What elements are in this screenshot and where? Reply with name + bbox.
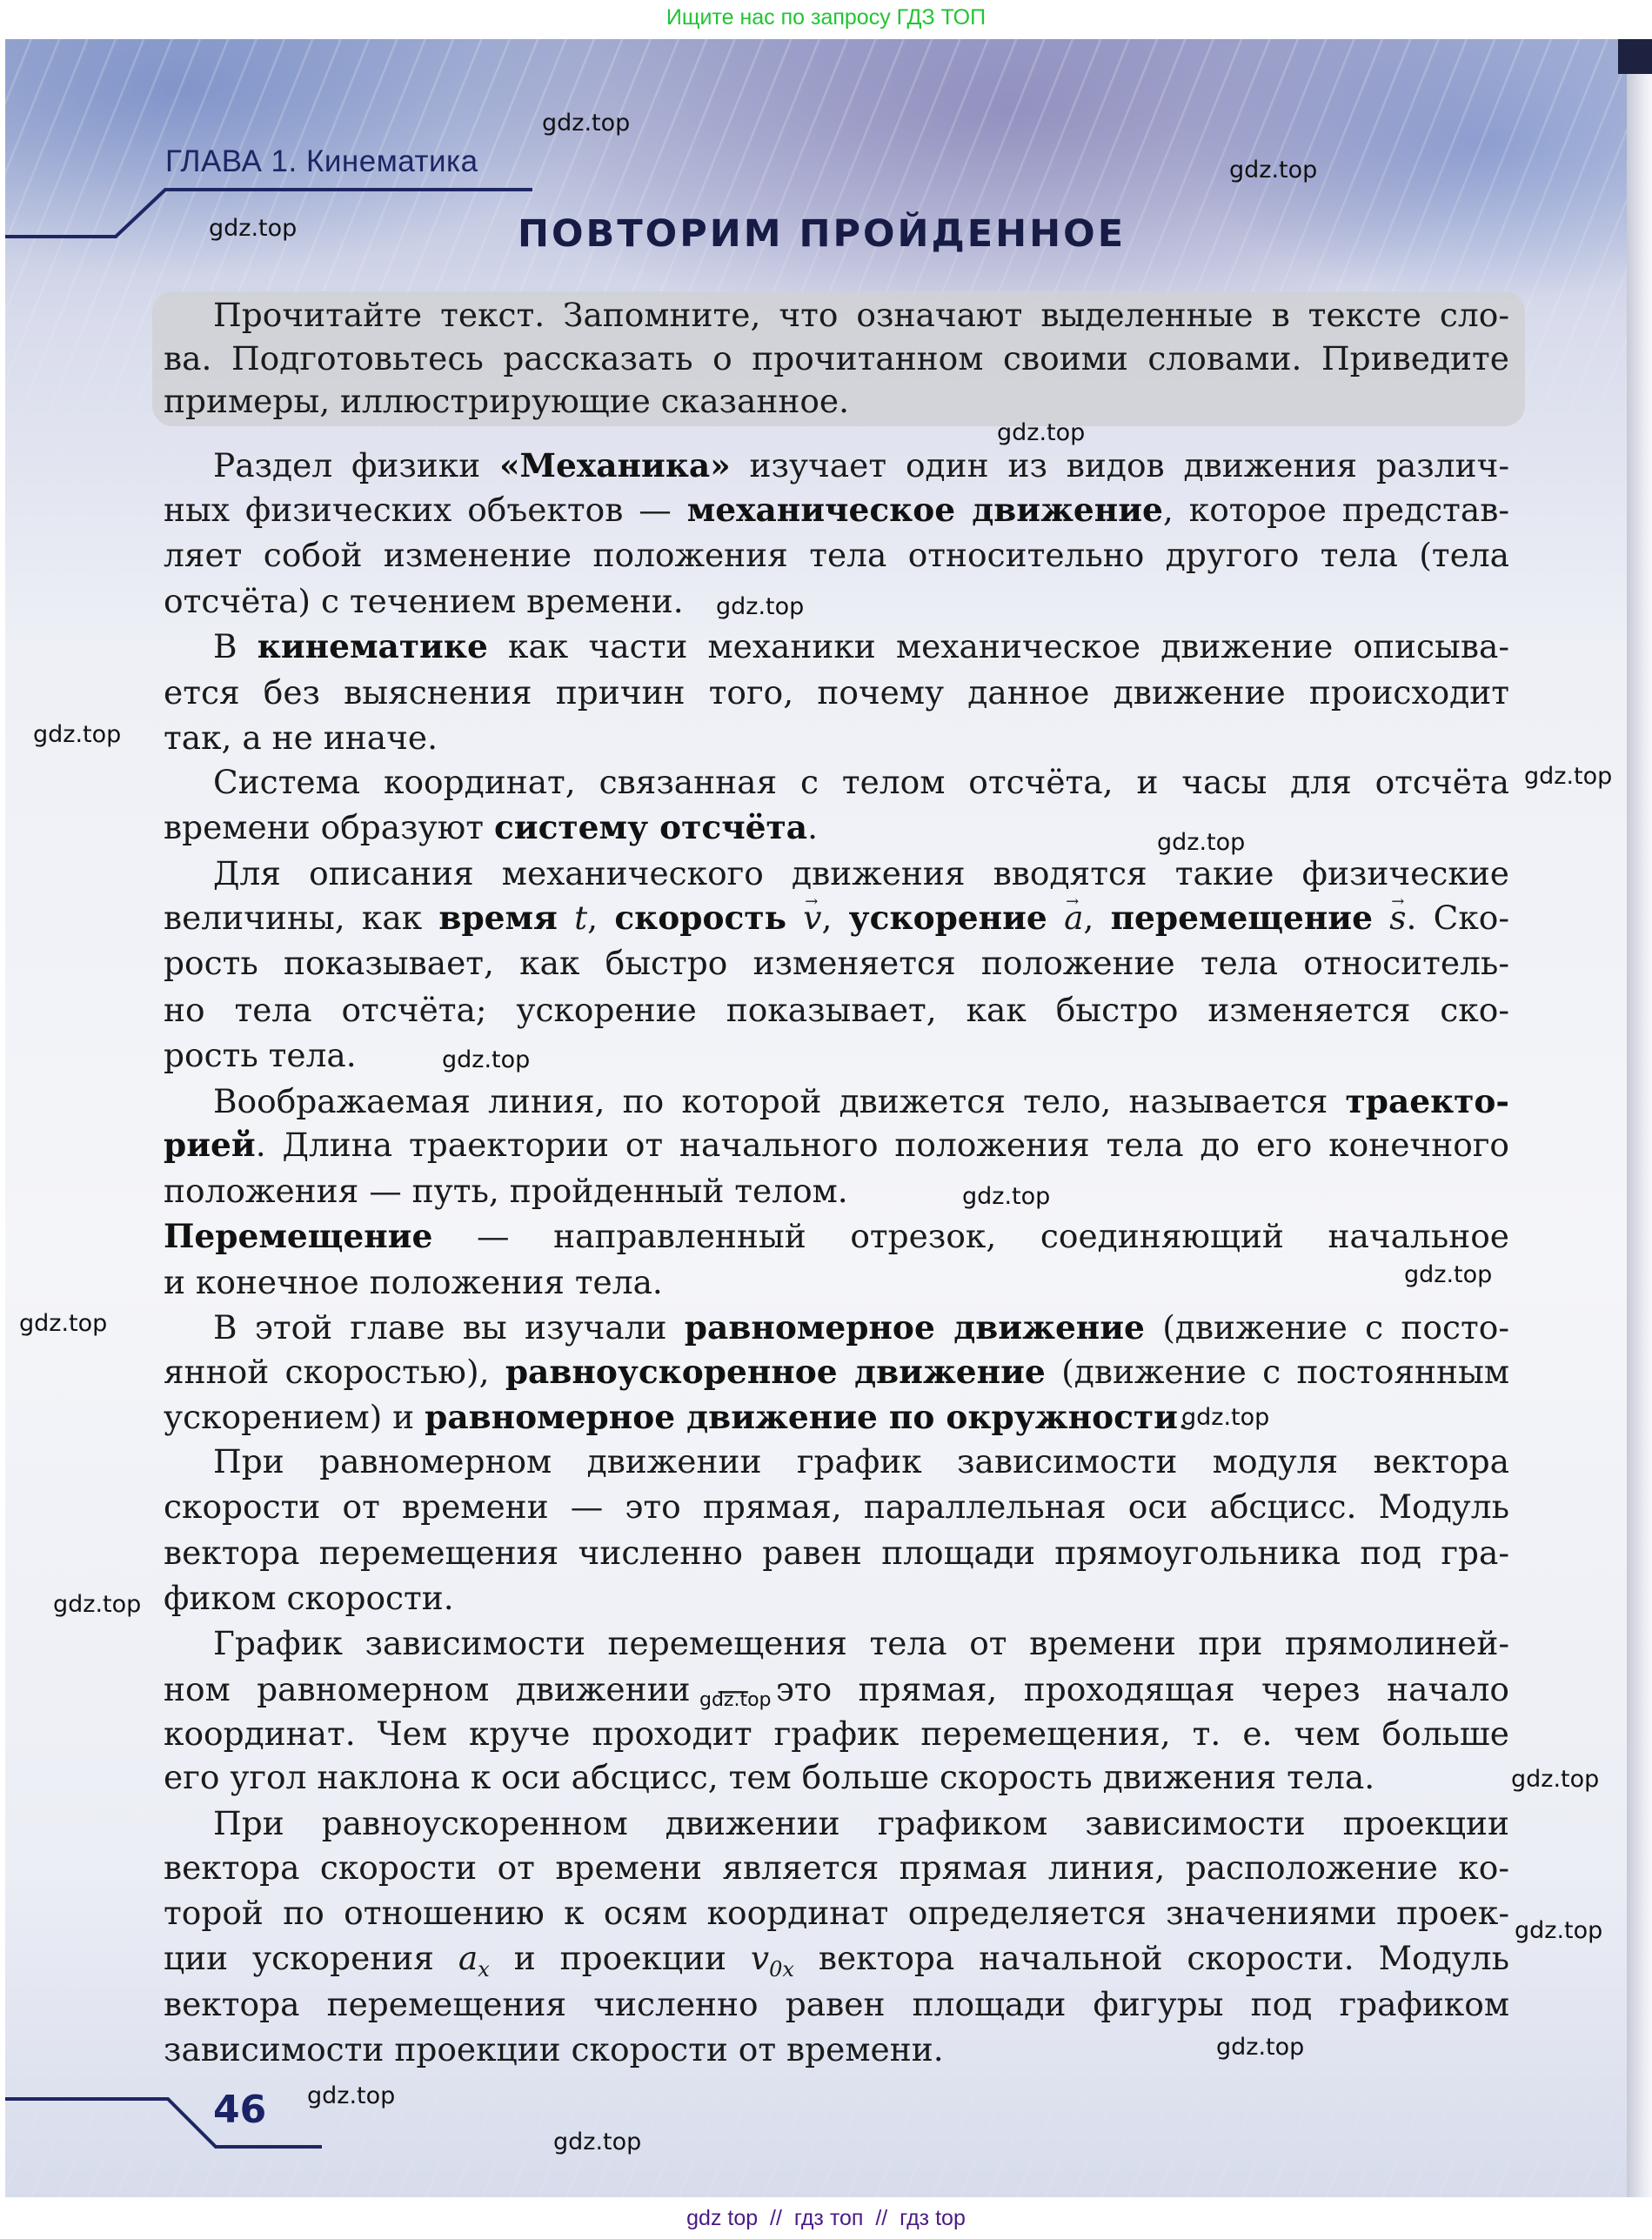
watermark: gdz.top bbox=[1181, 1404, 1269, 1431]
paragraph-reference-frame-line-2: времени образуют систему отсчёта. bbox=[164, 805, 1509, 850]
paragraph-trajectory-line-2: рией. Длина траектории от начального пол… bbox=[164, 1122, 1509, 1167]
text: (движение с постоянным bbox=[1046, 1353, 1509, 1391]
paragraph-motion-types-line-2: янной скоростью), равноускоренное движен… bbox=[164, 1349, 1509, 1394]
symbol-v: v bbox=[751, 1939, 769, 1977]
paragraph-displacement-graph-line-3: координат. Чем круче проходит график пер… bbox=[164, 1711, 1509, 1756]
paragraph-uniform-graph-line-4: фиком скорости. bbox=[164, 1575, 1509, 1621]
watermark: gdz.top bbox=[307, 2082, 395, 2109]
paragraph-accelerated-graph-line-2: вектора скорости от времени является пря… bbox=[164, 1845, 1509, 1890]
text: Воображаемая линия, по которой движется … bbox=[213, 1082, 1345, 1120]
vector-s-symbol: s bbox=[1389, 899, 1406, 937]
term-circular-motion: равномерное движение по окружности bbox=[425, 1398, 1178, 1436]
page-title: ПОВТОРИМ ПРОЙДЕННОЕ bbox=[518, 212, 1126, 256]
paragraph-displacement-graph-line-2: ном равномерном движении — это прямая, п… bbox=[164, 1667, 1509, 1712]
text: Раздел физики bbox=[213, 446, 499, 485]
page-binding-corner bbox=[1618, 39, 1652, 74]
watermark: gdz.top bbox=[1511, 1766, 1599, 1793]
watermark: gdz.top bbox=[542, 110, 630, 137]
text: . Длина траектории от начального положен… bbox=[256, 1126, 1509, 1164]
footer-text: gdz top // гдз топ // гдз top bbox=[686, 2206, 966, 2230]
symbol-t: t bbox=[574, 899, 587, 937]
watermark: gdz.top bbox=[1404, 1261, 1492, 1288]
text: как части механики механическое движение… bbox=[488, 627, 1509, 665]
paragraph-displacement-graph-line-1: График зависимости перемещения тела от в… bbox=[213, 1621, 1509, 1666]
vector-a-symbol: a bbox=[1064, 899, 1083, 937]
task-line-1: Прочитайте текст. Запомните, что означаю… bbox=[213, 292, 1509, 338]
term-kinematics: кинематике bbox=[257, 627, 488, 665]
text: ных физических объектов — bbox=[164, 491, 687, 529]
term-displacement-def: Перемещение bbox=[164, 1217, 432, 1255]
watermark: gdz.top bbox=[1515, 1917, 1602, 1944]
paragraph-displacement-line-1: Перемещение — направленный отрезок, соед… bbox=[164, 1213, 1509, 1259]
text: вектора начальной скорости. Модуль bbox=[794, 1939, 1509, 1977]
watermark: gdz.top bbox=[19, 1310, 107, 1337]
text: ускорением) и bbox=[164, 1398, 425, 1436]
term-velocity: скорость bbox=[614, 899, 786, 937]
paragraph-quantities-line-1: Для описания механического движения ввод… bbox=[213, 851, 1509, 896]
paragraph-accelerated-graph-line-6: зависимости проекции скорости от времени… bbox=[164, 2027, 1509, 2072]
text: В этой главе вы изучали bbox=[213, 1308, 685, 1347]
paragraph-uniform-graph-line-1: При равномерном движении график зависимо… bbox=[213, 1439, 1509, 1484]
paragraph-accelerated-graph-line-5: вектора перемещения численно равен площа… bbox=[164, 1982, 1509, 2027]
task-line-2: ва. Подготовьтесь рассказать о прочитанн… bbox=[164, 336, 1509, 381]
watermark: gdz.top bbox=[1216, 2034, 1304, 2061]
paragraph-quantities-line-3: рость показывает, как быстро изменяется … bbox=[164, 940, 1509, 986]
paragraph-trajectory-line-1: Воображаемая линия, по которой движется … bbox=[213, 1079, 1509, 1124]
text: , bbox=[821, 899, 848, 937]
text: В bbox=[213, 627, 257, 665]
paragraph-mechanics-line-4: отсчёта) с течением времени. bbox=[164, 578, 1509, 624]
text: величины, как bbox=[164, 899, 438, 937]
paragraph-kinematics-line-1: В кинематике как части механики механиче… bbox=[213, 624, 1509, 669]
chapter-heading: ГЛАВА 1. Кинематика bbox=[165, 144, 478, 179]
watermark: gdz.top bbox=[553, 2129, 641, 2155]
paragraph-displacement-line-2: и конечное положения тела. bbox=[164, 1260, 1509, 1305]
paragraph-accelerated-graph-line-4: ции ускорения ax и проекции v0x вектора … bbox=[164, 1935, 1509, 1981]
watermark: gdz.top bbox=[997, 419, 1085, 446]
watermark: gdz.top bbox=[1524, 763, 1612, 790]
text: янной скоростью), bbox=[164, 1353, 505, 1391]
text: времени образуют bbox=[164, 808, 494, 846]
subscript-x: x bbox=[478, 1957, 490, 1982]
paragraph-mechanics-line-3: ляет собой изменение положения тела отно… bbox=[164, 532, 1509, 578]
term-mechanics: «Механика» bbox=[499, 446, 731, 485]
page-number: 46 bbox=[213, 2088, 266, 2132]
term-acceleration: ускорение bbox=[849, 899, 1047, 937]
text: , bbox=[1083, 899, 1110, 937]
term-trajectory-end: рией bbox=[164, 1126, 256, 1164]
paragraph-reference-frame-line-1: Система координат, связанная с телом отс… bbox=[213, 759, 1509, 805]
symbol-a: a bbox=[458, 1939, 478, 1977]
watermark: gdz.top bbox=[1229, 157, 1317, 184]
term-uniform-motion: равномерное движение bbox=[685, 1308, 1145, 1347]
watermark: gdz.top bbox=[699, 1689, 772, 1711]
term-reference-frame: систему отсчёта bbox=[494, 808, 807, 846]
text: , bbox=[587, 899, 614, 937]
paragraph-motion-types-line-1: В этой главе вы изучали равномерное движ… bbox=[213, 1305, 1509, 1350]
paragraph-accelerated-graph-line-1: При равноускоренном движении графиком за… bbox=[213, 1801, 1509, 1846]
watermark: gdz.top bbox=[442, 1046, 530, 1073]
watermark: gdz.top bbox=[1157, 829, 1245, 856]
footer: gdz top // гдз топ // гдз top bbox=[0, 2201, 1652, 2236]
watermark: gdz.top bbox=[962, 1183, 1050, 1210]
paragraph-quantities-line-2: величины, как время t, скорость v, ускор… bbox=[164, 895, 1509, 940]
term-trajectory: траекто- bbox=[1345, 1082, 1509, 1120]
watermark: gdz.top bbox=[209, 215, 297, 242]
watermark: gdz.top bbox=[33, 721, 121, 748]
text: изучает один из видов движения различ- bbox=[731, 446, 1509, 485]
top-banner: Ищите нас по запросу ГДЗ ТОП bbox=[0, 0, 1652, 38]
vector-v-symbol: v bbox=[803, 899, 821, 937]
text: , которое представ- bbox=[1163, 491, 1509, 529]
paragraph-quantities-line-5: рость тела. bbox=[164, 1033, 1509, 1078]
paragraph-accelerated-graph-line-3: торой по отношению к осям координат опре… bbox=[164, 1890, 1509, 1935]
text: . Ско- bbox=[1406, 899, 1509, 937]
term-displacement: перемещение bbox=[1111, 899, 1373, 937]
paragraph-mechanics-line-2: ных физических объектов — механическое д… bbox=[164, 487, 1509, 532]
term-mechanical-motion: механическое движение bbox=[687, 491, 1163, 529]
paragraph-mechanics-line-1: Раздел физики «Механика» изучает один из… bbox=[213, 443, 1509, 488]
subscript-0x: 0x bbox=[769, 1957, 794, 1982]
watermark: gdz.top bbox=[716, 593, 804, 620]
page-binding-edge bbox=[1627, 39, 1652, 2197]
paragraph-displacement-graph-line-4: его угол наклона к оси абсцисс, тем боль… bbox=[164, 1754, 1509, 1800]
paragraph-uniform-graph-line-2: скорости от времени — это прямая, паралл… bbox=[164, 1484, 1509, 1529]
paragraph-trajectory-line-3: положения — путь, пройденный телом. bbox=[164, 1168, 1509, 1213]
text: и проекции bbox=[490, 1939, 751, 1977]
text: . bbox=[807, 808, 818, 846]
paragraph-uniform-graph-line-3: вектора перемещения численно равен площа… bbox=[164, 1530, 1509, 1575]
paragraph-kinematics-line-3: так, а не иначе. bbox=[164, 715, 1509, 760]
watermark: gdz.top bbox=[53, 1591, 141, 1618]
paragraph-kinematics-line-2: ется без выяснения причин того, почему д… bbox=[164, 670, 1509, 715]
text: — направленный отрезок, соединяющий нача… bbox=[432, 1217, 1509, 1255]
term-accelerated-motion: равноускоренное движение bbox=[505, 1353, 1046, 1391]
term-time: время bbox=[438, 899, 557, 937]
text: (движение с посто- bbox=[1145, 1308, 1509, 1347]
task-line-3: примеры, иллюстрирующие сказанное. bbox=[164, 378, 1509, 424]
paragraph-quantities-line-4: но тела отсчёта; ускорение показывает, к… bbox=[164, 987, 1509, 1033]
top-banner-text: Ищите нас по запросу ГДЗ ТОП bbox=[666, 5, 986, 30]
text: ции ускорения bbox=[164, 1939, 458, 1977]
paragraph-motion-types-line-3: ускорением) и равномерное движение по ок… bbox=[164, 1394, 1509, 1440]
